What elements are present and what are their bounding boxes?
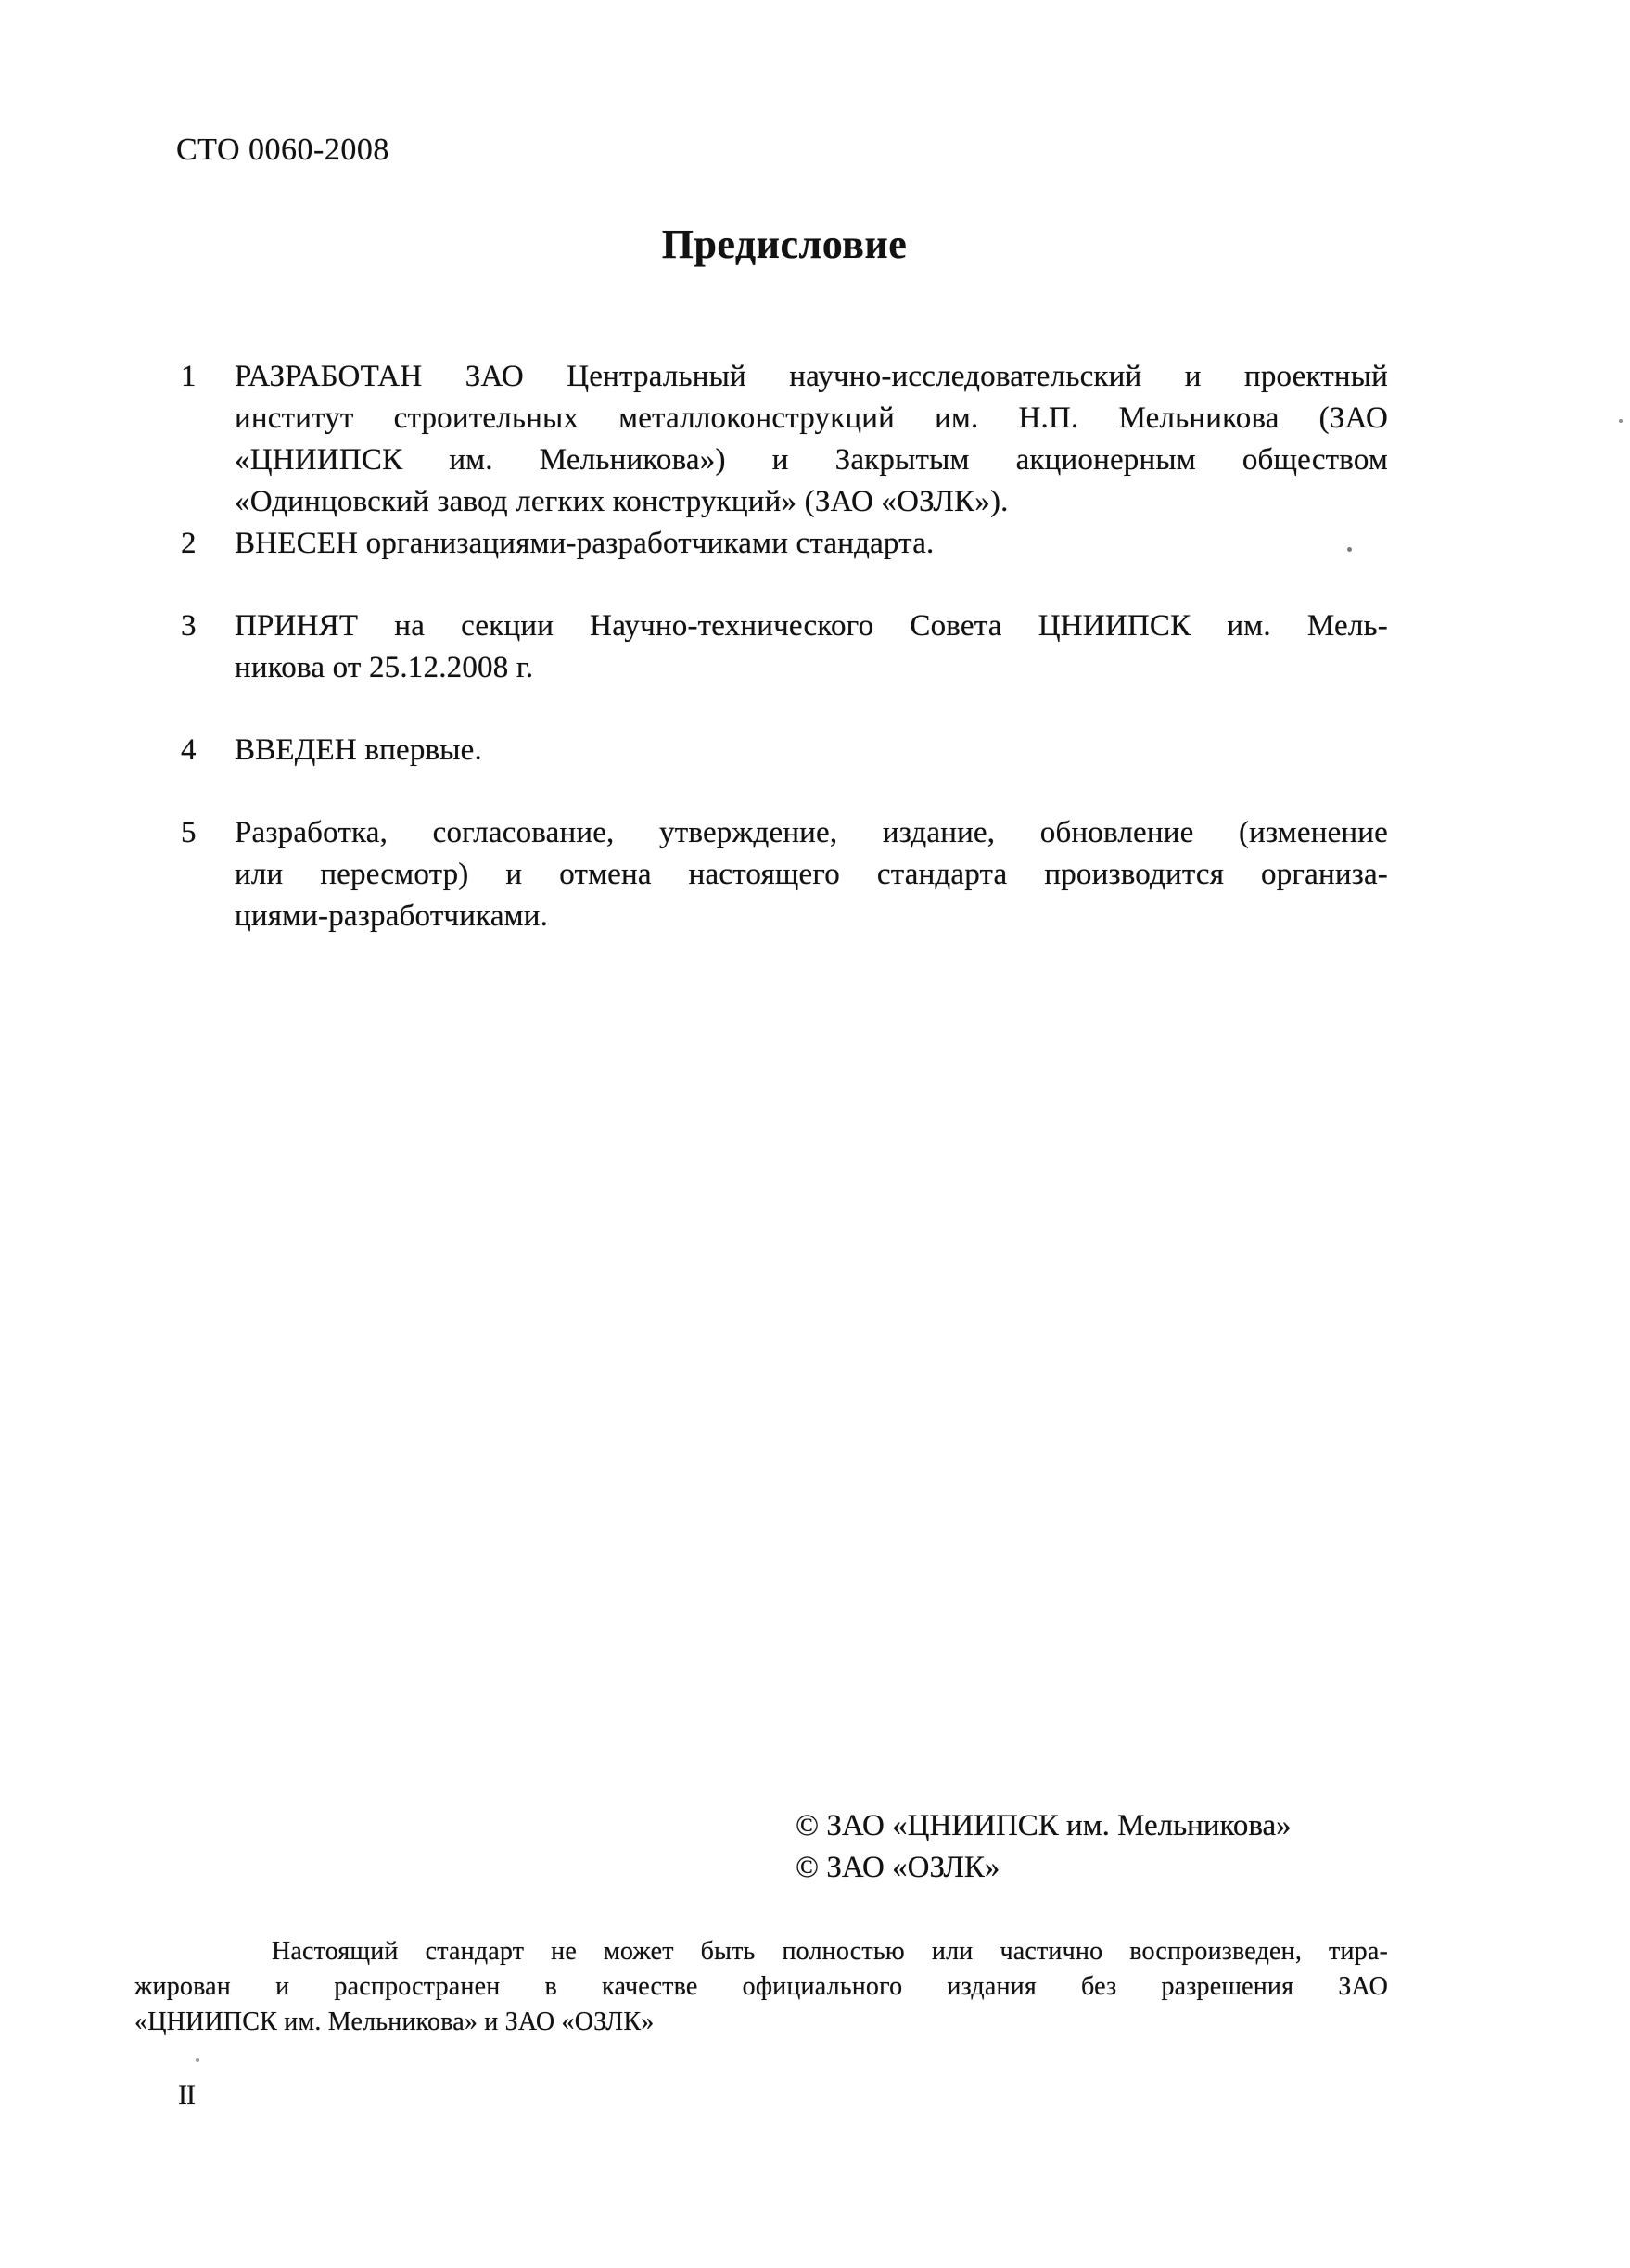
- scan-speck: [1347, 547, 1352, 552]
- item-text-line: «Одинцовский завод легких конструкций» (…: [235, 481, 1388, 523]
- foreword-list: 1 РАЗРАБОТАН ЗАО Центральный научно-иссл…: [181, 356, 1388, 937]
- restriction-line: жирован и распространен в качестве офици…: [134, 1969, 1388, 2005]
- foreword-item-1: 1 РАЗРАБОТАН ЗАО Центральный научно-иссл…: [181, 356, 1388, 523]
- copyright-line: © ЗАО «ЦНИИПСК им. Мельникова»: [796, 1805, 1292, 1847]
- foreword-item-5: 5 Разработка, согласование, утверждение,…: [181, 812, 1388, 937]
- item-number: 2: [181, 523, 235, 565]
- item-body: ВНЕСЕН организациями-разработчиками стан…: [235, 523, 1388, 565]
- foreword-title: Предисловие: [181, 221, 1388, 268]
- item-text-line: никова от 25.12.2008 г.: [235, 647, 1388, 689]
- scan-speck: [1619, 419, 1623, 423]
- restriction-line: Настоящий стандарт не может быть полност…: [134, 1934, 1388, 1969]
- copyright-block: © ЗАО «ЦНИИПСК им. Мельникова» © ЗАО «ОЗ…: [796, 1805, 1292, 1889]
- foreword-item-2: 2 ВНЕСЕН организациями-разработчиками ст…: [181, 523, 1388, 565]
- item-text-line: институт строительных металлоконструкций…: [235, 398, 1388, 440]
- item-text-line: «ЦНИИПСК им. Мельникова») и Закрытым акц…: [235, 440, 1388, 481]
- foreword-item-3: 3 ПРИНЯТ на секции Научно-технического С…: [181, 605, 1388, 689]
- item-text-line: ВНЕСЕН организациями-разработчиками стан…: [235, 523, 1388, 565]
- item-text-line: ПРИНЯТ на секции Научно-технического Сов…: [235, 605, 1388, 647]
- item-number: 1: [181, 356, 235, 523]
- item-number: 4: [181, 730, 235, 771]
- document-page: СТО 0060-2008 Предисловие 1 РАЗРАБОТАН З…: [0, 0, 1630, 2268]
- item-text-line: Разработка, согласование, утверждение, и…: [235, 812, 1388, 854]
- foreword-item-4: 4 ВВЕДЕН впервые.: [181, 730, 1388, 771]
- item-text-line: циями-разработчиками.: [235, 896, 1388, 937]
- item-number: 5: [181, 812, 235, 937]
- item-body: ВВЕДЕН впервые.: [235, 730, 1388, 771]
- item-body: Разработка, согласование, утверждение, и…: [235, 812, 1388, 937]
- document-code: СТО 0060-2008: [176, 133, 389, 168]
- page-number: II: [178, 2080, 195, 2111]
- item-body: РАЗРАБОТАН ЗАО Центральный научно-исслед…: [235, 356, 1388, 523]
- item-text-line: РАЗРАБОТАН ЗАО Центральный научно-исслед…: [235, 356, 1388, 398]
- restriction-line: «ЦНИИПСК им. Мельникова» и ЗАО «ОЗЛК»: [134, 2005, 1388, 2040]
- copyright-line: © ЗАО «ОЗЛК»: [796, 1847, 1292, 1889]
- scan-speck: [196, 2058, 199, 2062]
- item-number: 3: [181, 605, 235, 689]
- item-text-line: или пересмотр) и отмена настоящего станд…: [235, 854, 1388, 896]
- item-body: ПРИНЯТ на секции Научно-технического Сов…: [235, 605, 1388, 689]
- copyright-restriction-note: Настоящий стандарт не может быть полност…: [134, 1934, 1388, 2040]
- item-text-line: ВВЕДЕН впервые.: [235, 730, 1388, 771]
